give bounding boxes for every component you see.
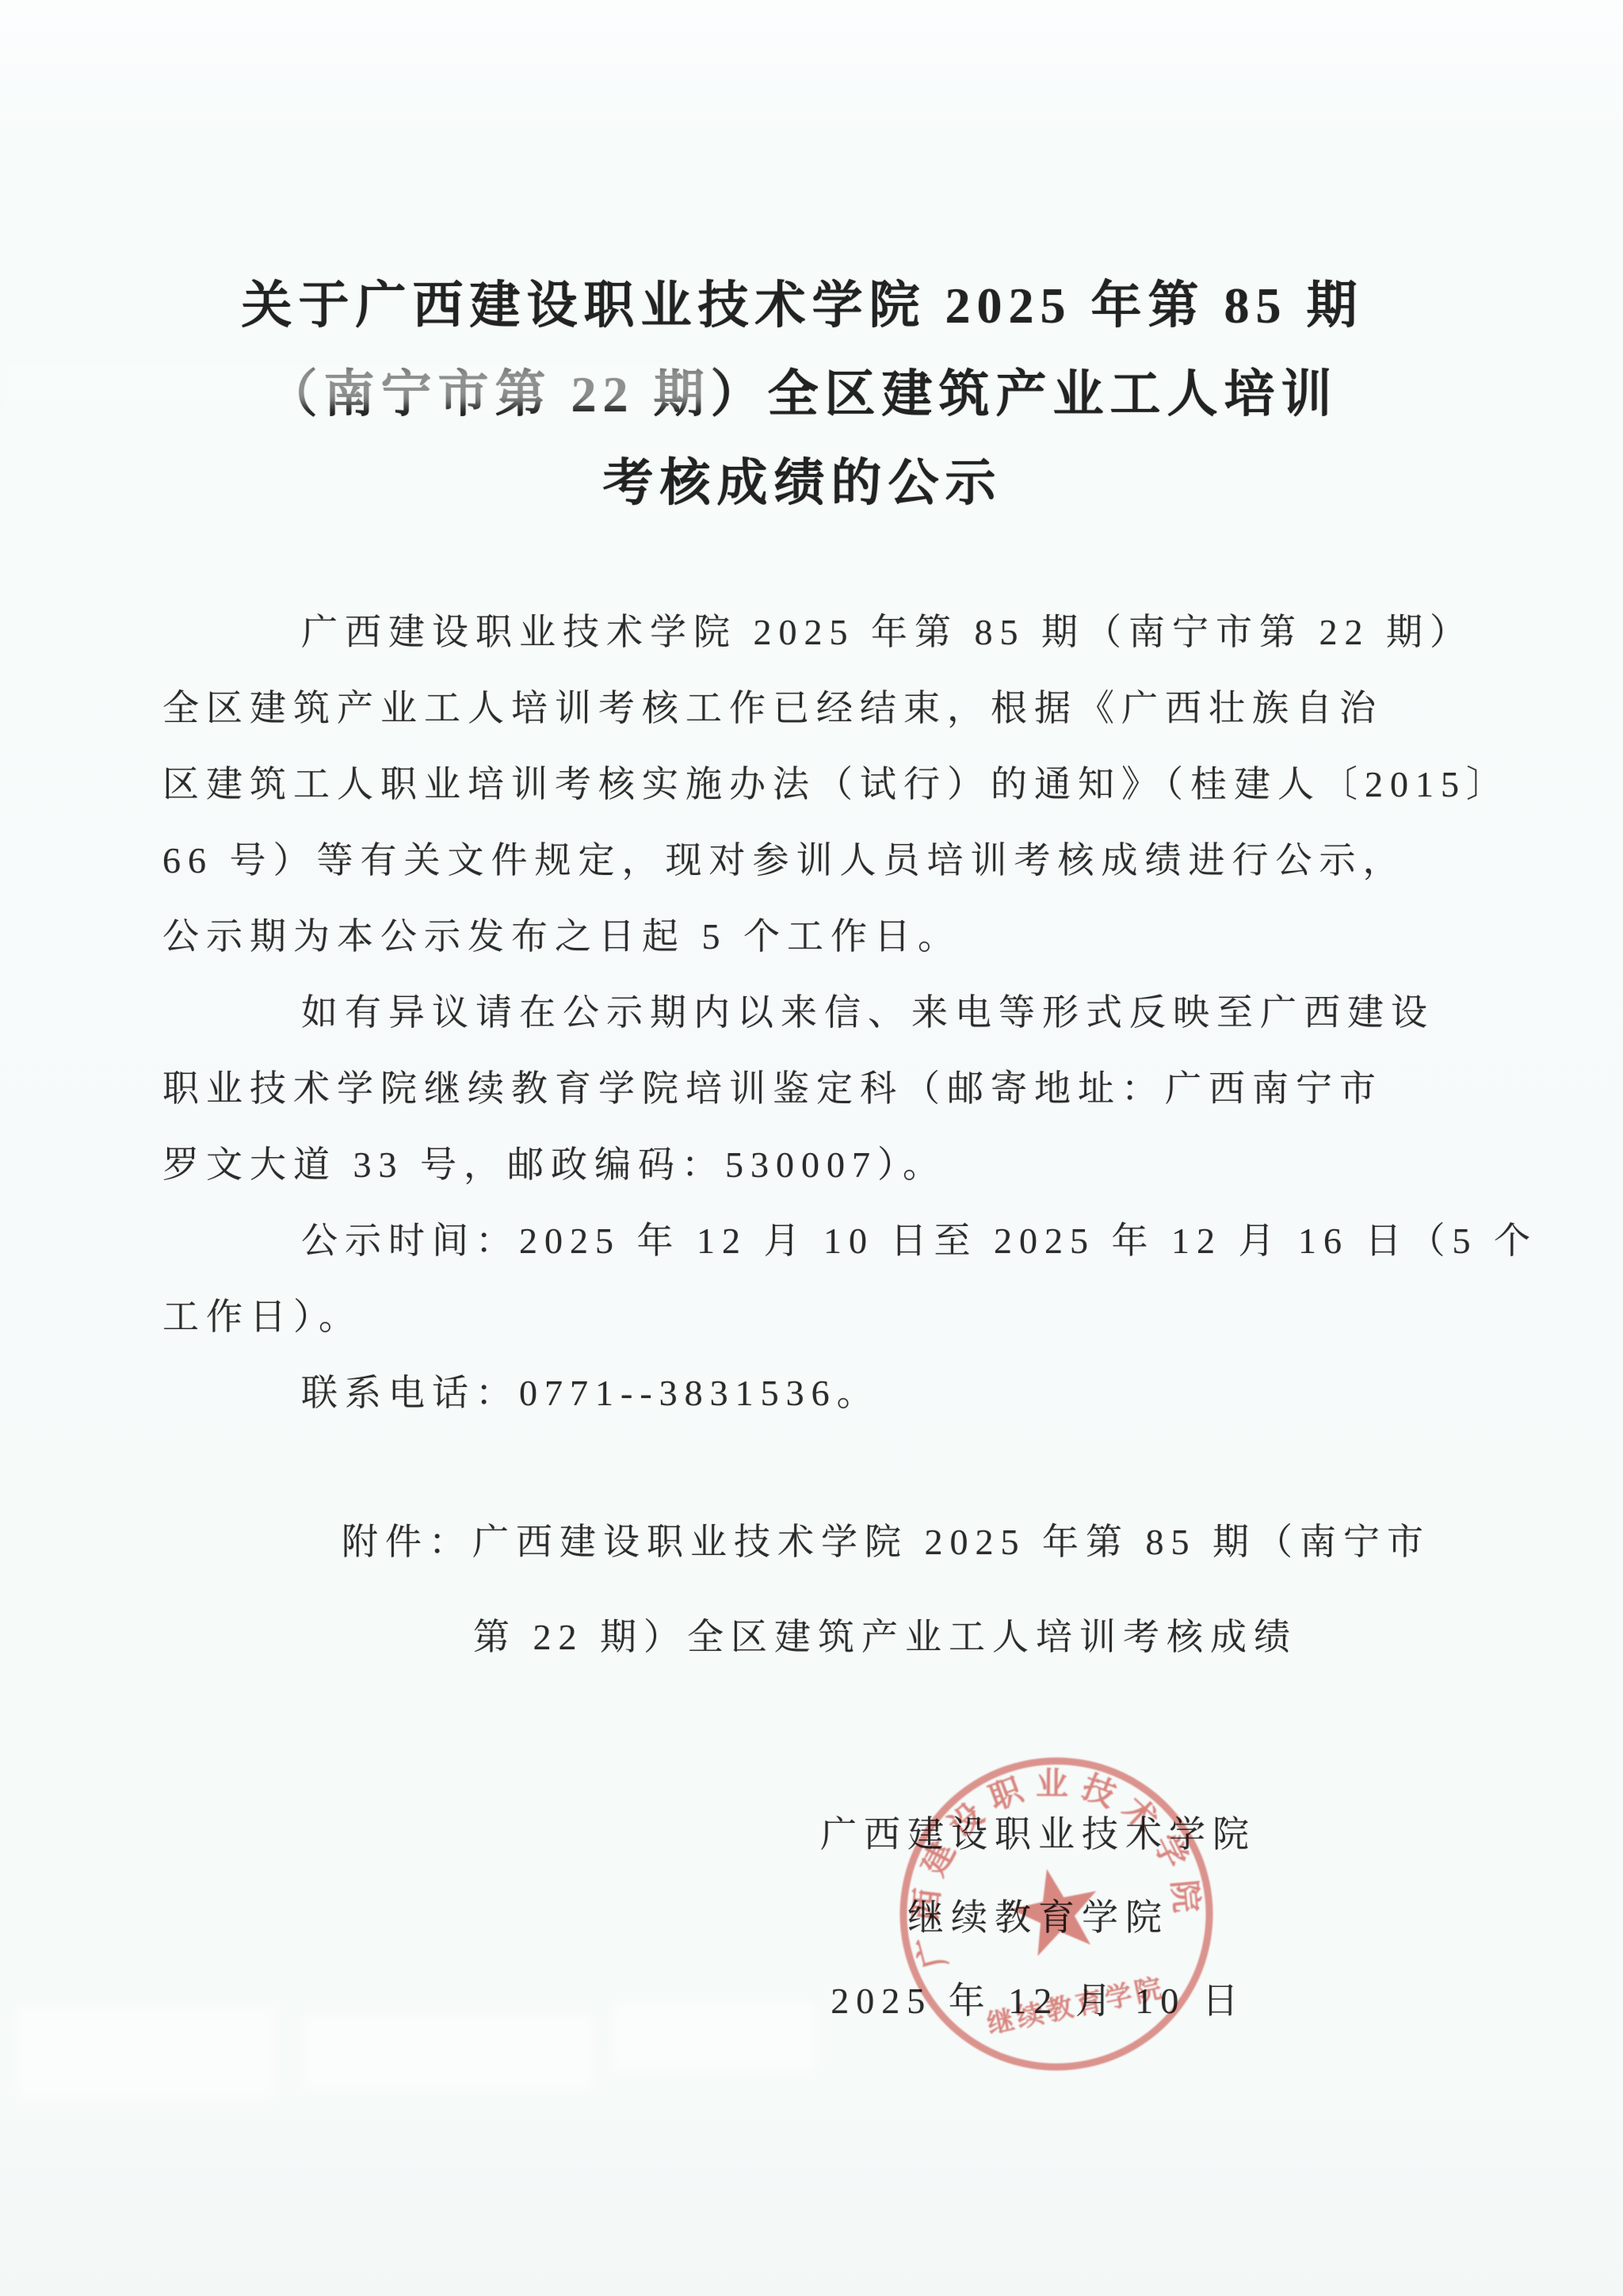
paragraph-line: 66 号）等有关文件规定，现对参训人员培训考核成绩进行公示， bbox=[162, 823, 1442, 899]
scanned-notice-page: 关于广西建设职业技术学院 2025 年第 85 期 （南宁市第 22 期）全区建… bbox=[0, 0, 1623, 2296]
paragraph-line: 全区建筑产业工人培训考核工作已经结束，根据《广西壮族自治 bbox=[162, 670, 1442, 747]
paragraph-line: 如有异议请在公示期内以来信、来电等形式反映至广西建设 bbox=[162, 975, 1442, 1051]
paragraph-1: 广西建设职业技术学院 2025 年第 85 期（南宁市第 22 期） 全区建筑产… bbox=[162, 594, 1442, 975]
paragraph-line: 区建筑工人职业培训考核实施办法（试行）的通知》（桂建人〔2015〕 bbox=[162, 747, 1442, 823]
official-seal: 广西建设职业技术学院 继续教育学院 bbox=[898, 1755, 1215, 2073]
attachment-note: 附件：广西建设职业技术学院 2025 年第 85 期（南宁市 第 22 期）全区… bbox=[342, 1495, 1442, 1685]
scan-artifact bbox=[0, 365, 713, 404]
attachment-line-2: 第 22 期）全区建筑产业工人培训考核成绩 bbox=[342, 1590, 1442, 1685]
paragraph-2: 如有异议请在公示期内以来信、来电等形式反映至广西建设 职业技术学院继续教育学院培… bbox=[162, 975, 1442, 1203]
paragraph-line: 工作日）。 bbox=[162, 1279, 1442, 1355]
seal-star-icon bbox=[1004, 1860, 1107, 1960]
scan-artifact bbox=[16, 2005, 277, 2100]
seal-bottom-text: 继续教育学院 bbox=[984, 1972, 1167, 2040]
paragraph-line: 公示时间：2025 年 12 月 10 日至 2025 年 12 月 16 日（… bbox=[162, 1203, 1442, 1279]
title-line-1: 关于广西建设职业技术学院 2025 年第 85 期 bbox=[162, 262, 1442, 350]
paragraph-line: 广西建设职业技术学院 2025 年第 85 期（南宁市第 22 期） bbox=[162, 594, 1442, 670]
attachment-line-1: 附件：广西建设职业技术学院 2025 年第 85 期（南宁市 bbox=[342, 1495, 1442, 1590]
title-line-3: 考核成绩的公示 bbox=[162, 439, 1442, 528]
seal-arc-text: 广西建设职业技术学院 bbox=[898, 1755, 1211, 1983]
seal-group: 广西建设职业技术学院 继续教育学院 bbox=[898, 1755, 1215, 2073]
paragraph-line: 职业技术学院继续教育学院培训鉴定科（邮寄地址：广西南宁市 bbox=[162, 1051, 1442, 1127]
paragraph-line: 罗文大道 33 号，邮政编码：530007）。 bbox=[162, 1127, 1442, 1203]
document-body: 关于广西建设职业技术学院 2025 年第 85 期 （南宁市第 22 期）全区建… bbox=[162, 262, 1442, 1685]
paragraph-4: 联系电话：0771--3831536。 bbox=[162, 1355, 1442, 1431]
paragraph-line: 联系电话：0771--3831536。 bbox=[162, 1355, 1442, 1431]
notice-text: 广西建设职业技术学院 2025 年第 85 期（南宁市第 22 期） 全区建筑产… bbox=[162, 594, 1442, 1685]
scan-artifact bbox=[301, 2013, 594, 2092]
scan-artifact bbox=[610, 2001, 816, 2073]
paragraph-line: 公示期为本公示发布之日起 5 个工作日。 bbox=[162, 899, 1442, 975]
paragraph-3: 公示时间：2025 年 12 月 10 日至 2025 年 12 月 16 日（… bbox=[162, 1203, 1442, 1355]
